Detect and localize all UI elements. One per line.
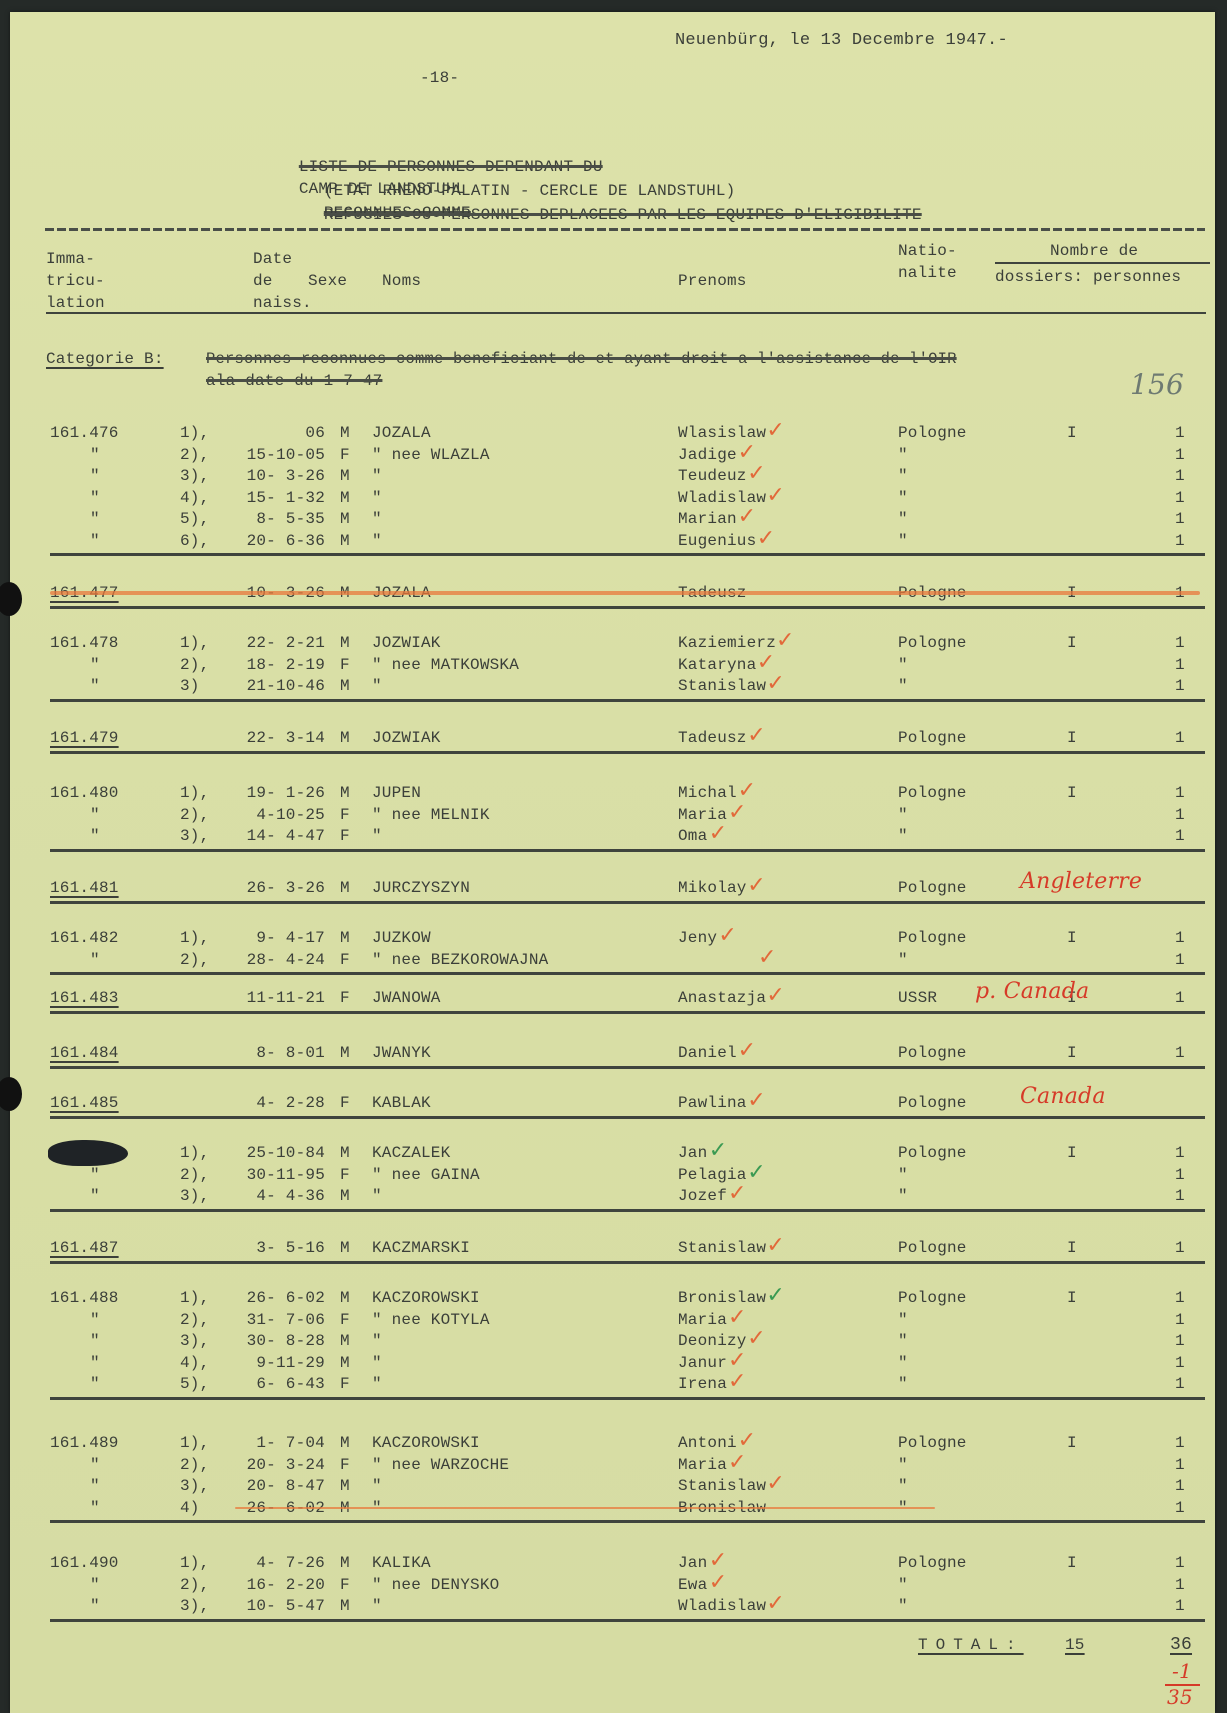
nationality: " xyxy=(898,1352,908,1374)
date-of-birth: 30-11-95 xyxy=(247,1164,325,1186)
checkmark-icon: ✓ xyxy=(766,485,784,507)
checkmark-icon: ✓ xyxy=(766,1285,784,1307)
row-separator xyxy=(50,699,1205,702)
nationality: " xyxy=(898,825,908,847)
date-of-birth: 16- 2-20 xyxy=(247,1574,325,1596)
date-of-birth: 14- 4-47 xyxy=(247,825,325,847)
sex: M xyxy=(340,1432,350,1454)
total-corrected: 35 xyxy=(1167,1686,1193,1708)
page-number: -18- xyxy=(420,67,459,89)
handwritten-annotation: p. Canada xyxy=(975,981,1089,1003)
surname: " xyxy=(372,530,382,552)
date-of-birth: 1- 7-04 xyxy=(256,1432,325,1454)
header-noms: Noms xyxy=(382,270,421,292)
person-count: 1 xyxy=(1175,1574,1185,1596)
person-count: 1 xyxy=(1175,508,1185,530)
surname: KACZMARSKI xyxy=(372,1237,470,1259)
sex: F xyxy=(340,825,350,847)
first-name: Jozef xyxy=(678,1185,727,1207)
sex: M xyxy=(340,782,350,804)
surname: KACZALEK xyxy=(372,1142,450,1164)
date-of-birth: 20- 8-47 xyxy=(247,1475,325,1497)
dossier-count: I xyxy=(1067,1042,1077,1064)
handwritten-annotation: Angleterre xyxy=(1020,871,1142,893)
person-count: 1 xyxy=(1175,487,1185,509)
person-count: 1 xyxy=(1175,927,1185,949)
checkmark-icon: ✓ xyxy=(728,1183,746,1205)
nationality: " xyxy=(898,654,908,676)
date-of-birth: 4-10-25 xyxy=(256,804,325,826)
person-count: 1 xyxy=(1175,1237,1185,1259)
sex: M xyxy=(340,530,350,552)
first-name: Ewa xyxy=(678,1574,707,1596)
person-count: 1 xyxy=(1175,804,1185,826)
sex: M xyxy=(340,1237,350,1259)
immatriculation-number: 161.489 xyxy=(50,1432,119,1454)
total-dossiers: 15 xyxy=(1065,1634,1085,1656)
surname: " xyxy=(372,1475,382,1497)
first-name: Stanislaw xyxy=(678,1237,766,1259)
surname: " nee MATKOWSKA xyxy=(372,654,519,676)
checkmark-icon: ✓ xyxy=(747,725,765,747)
date-of-birth: 28- 4-24 xyxy=(247,949,325,971)
person-count: 1 xyxy=(1175,654,1185,676)
member-index: 2), xyxy=(180,1454,209,1476)
ditto-mark: " xyxy=(90,825,100,847)
person-count: 1 xyxy=(1175,782,1185,804)
punch-hole xyxy=(0,1077,22,1111)
nationality: Pologne xyxy=(898,727,967,749)
row-separator xyxy=(50,1116,1205,1119)
sex: M xyxy=(340,1287,350,1309)
checkmark-icon: ✓ xyxy=(747,875,765,897)
nationality: Pologne xyxy=(898,1237,967,1259)
punch-hole xyxy=(0,582,22,616)
dossier-count: I xyxy=(1067,1287,1077,1309)
first-name: Marian xyxy=(678,508,737,530)
dossier-count: I xyxy=(1067,632,1077,654)
nationality: " xyxy=(898,530,908,552)
date-of-birth: 31- 7-06 xyxy=(247,1309,325,1331)
surname: " nee DENYSKO xyxy=(372,1574,499,1596)
sex: M xyxy=(340,1595,350,1617)
checkmark-icon: ✓ xyxy=(757,528,775,550)
person-count: 1 xyxy=(1175,1042,1185,1064)
nationality: Pologne xyxy=(898,632,967,654)
date-of-birth: 10- 5-47 xyxy=(247,1595,325,1617)
surname: " xyxy=(372,1330,382,1352)
date-of-birth: 20- 3-24 xyxy=(247,1454,325,1476)
nationality: " xyxy=(898,1574,908,1596)
strike-line xyxy=(235,1507,935,1509)
checkmark-icon: ✓ xyxy=(718,925,736,947)
ink-blot xyxy=(48,1140,128,1166)
immatriculation-number: 161.488 xyxy=(50,1287,119,1309)
first-name: Oma xyxy=(678,825,707,847)
surname: " xyxy=(372,1352,382,1374)
ditto-mark: " xyxy=(90,1454,100,1476)
header-prenoms: Prenoms xyxy=(678,270,747,292)
surname: KACZOROWSKI xyxy=(372,1432,480,1454)
header-date: naiss. xyxy=(253,292,312,314)
person-count: 1 xyxy=(1175,1330,1185,1352)
member-index: 1), xyxy=(180,632,209,654)
dossier-count: I xyxy=(1067,782,1077,804)
checkmark-icon: ✓ xyxy=(747,1162,765,1184)
surname: " xyxy=(372,508,382,530)
dossier-count: I xyxy=(1067,727,1077,749)
ditto-mark: " xyxy=(90,487,100,509)
nationality: " xyxy=(898,1475,908,1497)
surname: " nee WARZOCHE xyxy=(372,1454,509,1476)
header-nationalite: Natio- xyxy=(898,240,957,262)
person-count: 1 xyxy=(1175,422,1185,444)
ditto-mark: " xyxy=(90,1330,100,1352)
checkmark-icon: ✓ xyxy=(728,802,746,824)
dossier-count: I xyxy=(1067,1552,1077,1574)
person-count: 1 xyxy=(1175,1185,1185,1207)
immatriculation-number: 161.483 xyxy=(50,987,119,1009)
date-of-birth: 4- 2-28 xyxy=(256,1092,325,1114)
member-index: 1), xyxy=(180,1432,209,1454)
sex: M xyxy=(340,927,350,949)
nationality: " xyxy=(898,1185,908,1207)
nationality: " xyxy=(898,1373,908,1395)
row-separator xyxy=(50,1209,1205,1212)
nationality: " xyxy=(898,1595,908,1617)
row-separator xyxy=(50,606,1205,609)
ditto-mark: " xyxy=(90,1164,100,1186)
nationality: " xyxy=(898,508,908,530)
checkmark-icon: ✓ xyxy=(766,673,784,695)
surname: " xyxy=(372,487,382,509)
category-date: ala date du 1-7-47 xyxy=(206,370,382,392)
member-index: 3), xyxy=(180,465,209,487)
person-count: 1 xyxy=(1175,1454,1185,1476)
person-count: 1 xyxy=(1175,1352,1185,1374)
surname: " xyxy=(372,1373,382,1395)
date-of-birth: 9- 4-17 xyxy=(256,927,325,949)
member-index: 3), xyxy=(180,1185,209,1207)
nationality: " xyxy=(898,949,908,971)
sex: M xyxy=(340,465,350,487)
first-name: Wladislaw xyxy=(678,1595,766,1617)
sex: M xyxy=(340,487,350,509)
date-of-birth: 26- 3-26 xyxy=(247,877,325,899)
surname: " xyxy=(372,465,382,487)
ditto-mark: " xyxy=(90,654,100,676)
checkmark-icon: ✓ xyxy=(776,630,794,652)
member-index: 4), xyxy=(180,487,209,509)
person-count: 1 xyxy=(1175,987,1185,1009)
strike-line xyxy=(50,591,1200,595)
category-text: Personnes reconnues comme beneficiant de… xyxy=(206,348,957,370)
sex: M xyxy=(340,1142,350,1164)
header-immatriculation: Imma- xyxy=(46,248,95,270)
first-name: Eugenius xyxy=(678,530,756,552)
ditto-mark: " xyxy=(90,1373,100,1395)
member-index: 3) xyxy=(180,675,200,697)
date-of-birth: 4- 7-26 xyxy=(256,1552,325,1574)
ditto-mark: " xyxy=(90,1185,100,1207)
sex: M xyxy=(340,1352,350,1374)
first-name: Jadige xyxy=(678,444,737,466)
first-name: Maria xyxy=(678,1309,727,1331)
member-index: 2), xyxy=(180,949,209,971)
first-name: Teudeuz xyxy=(678,465,747,487)
header-immatriculation: tricu- xyxy=(46,270,105,292)
immatriculation-number: 161.479 xyxy=(50,727,119,749)
ditto-mark: " xyxy=(90,1574,100,1596)
total-personnes: 36 xyxy=(1170,1634,1192,1656)
checkmark-icon: ✓ xyxy=(738,506,756,528)
checkmark-icon: ✓ xyxy=(728,1371,746,1393)
handwritten-annotation: Canada xyxy=(1020,1086,1106,1108)
first-name: Jeny xyxy=(678,927,717,949)
date-of-birth: 3- 5-16 xyxy=(256,1237,325,1259)
date-of-birth: 25-10-84 xyxy=(247,1142,325,1164)
ditto-mark: " xyxy=(90,1309,100,1331)
person-count: 1 xyxy=(1175,1552,1185,1574)
row-separator xyxy=(50,1066,1205,1069)
nationality: " xyxy=(898,804,908,826)
ditto-mark: " xyxy=(90,949,100,971)
ditto-mark: " xyxy=(90,1595,100,1617)
first-name: Irena xyxy=(678,1373,727,1395)
ditto-mark: " xyxy=(90,508,100,530)
nationality: Pologne xyxy=(898,422,967,444)
immatriculation-number: 161.480 xyxy=(50,782,119,804)
member-index: 4) xyxy=(180,1497,200,1519)
surname: JWANYK xyxy=(372,1042,431,1064)
dossier-count: I xyxy=(1067,1432,1077,1454)
sex: F xyxy=(340,1164,350,1186)
immatriculation-number: 161.484 xyxy=(50,1042,119,1064)
date-of-birth: 21-10-46 xyxy=(247,675,325,697)
header-date: Date xyxy=(253,248,292,270)
category-label: Categorie B: xyxy=(46,348,164,370)
person-count: 1 xyxy=(1175,1309,1185,1331)
checkmark-icon: ✓ xyxy=(766,1593,784,1615)
header-underline xyxy=(995,262,1210,264)
surname: " xyxy=(372,1595,382,1617)
surname: KALIKA xyxy=(372,1552,431,1574)
checkmark-icon: ✓ xyxy=(709,823,727,845)
header-bottom-rule xyxy=(46,312,1206,314)
surname: " nee GAINA xyxy=(372,1164,480,1186)
person-count: 1 xyxy=(1175,632,1185,654)
ditto-mark: " xyxy=(90,675,100,697)
sex: M xyxy=(340,1552,350,1574)
date-of-birth: 6- 6-43 xyxy=(256,1373,325,1395)
surname: " nee MELNIK xyxy=(372,804,490,826)
first-name: Daniel xyxy=(678,1042,737,1064)
nationality: Pologne xyxy=(898,1552,967,1574)
member-index: 3), xyxy=(180,1595,209,1617)
sex: M xyxy=(340,1042,350,1064)
nationality: " xyxy=(898,1164,908,1186)
ditto-mark: " xyxy=(90,1475,100,1497)
first-name: Tadeusz xyxy=(678,727,747,749)
date-of-birth: 06 xyxy=(305,422,325,444)
checkmark-icon: ✓ xyxy=(766,420,784,442)
person-count: 1 xyxy=(1175,825,1185,847)
sex: F xyxy=(340,1574,350,1596)
member-index: 1), xyxy=(180,782,209,804)
nationality: " xyxy=(898,444,908,466)
sex: F xyxy=(340,949,350,971)
surname: KABLAK xyxy=(372,1092,431,1114)
person-count: 1 xyxy=(1175,1432,1185,1454)
date-of-birth: 20- 6-36 xyxy=(247,530,325,552)
checkmark-icon: ✓ xyxy=(766,985,784,1007)
dossier-count: I xyxy=(1067,927,1077,949)
date-of-birth: 8- 5-35 xyxy=(256,508,325,530)
person-count: 1 xyxy=(1175,727,1185,749)
member-index: 2), xyxy=(180,1164,209,1186)
place-date: Neuenbürg, le 13 Decembre 1947.- xyxy=(675,30,1008,52)
surname: " nee WLAZLA xyxy=(372,444,490,466)
surname: " nee BEZKOROWAJNA xyxy=(372,949,548,971)
sex: M xyxy=(340,508,350,530)
date-of-birth: 26- 6-02 xyxy=(247,1287,325,1309)
row-separator xyxy=(50,1619,1205,1622)
sex: M xyxy=(340,1475,350,1497)
header-nationalite: nalite xyxy=(898,262,957,284)
margin-note: 156 xyxy=(1130,374,1184,396)
sex: F xyxy=(340,444,350,466)
nationality: " xyxy=(898,675,908,697)
date-of-birth: 30- 8-28 xyxy=(247,1330,325,1352)
row-separator xyxy=(50,1011,1205,1014)
surname: JUPEN xyxy=(372,782,421,804)
nationality: Pologne xyxy=(898,1432,967,1454)
member-index: 1), xyxy=(180,1287,209,1309)
sex: F xyxy=(340,1092,350,1114)
member-index: 2), xyxy=(180,804,209,826)
surname: " xyxy=(372,825,382,847)
date-of-birth: 18- 2-19 xyxy=(247,654,325,676)
person-count: 1 xyxy=(1175,1595,1185,1617)
surname: JWANOWA xyxy=(372,987,441,1009)
checkmark-icon: ✓ xyxy=(747,1328,765,1350)
date-of-birth: 11-11-21 xyxy=(247,987,325,1009)
nationality: " xyxy=(898,487,908,509)
title-struck-part: REFUGIES OU PERSONNES DEPLACEES PAR LES … xyxy=(324,206,922,224)
person-count: 1 xyxy=(1175,675,1185,697)
sex: M xyxy=(340,1185,350,1207)
checkmark-icon: ✓ xyxy=(766,1235,784,1257)
nationality: USSR xyxy=(898,987,937,1009)
member-index: 1), xyxy=(180,1142,209,1164)
member-index: 3), xyxy=(180,825,209,847)
person-count: 1 xyxy=(1175,1475,1185,1497)
header-date: de xyxy=(253,270,273,292)
nationality: Pologne xyxy=(898,1142,967,1164)
ditto-mark: " xyxy=(90,530,100,552)
member-index: 2), xyxy=(180,444,209,466)
checkmark-icon: ✓ xyxy=(738,1430,756,1452)
checkmark-icon: ✓ xyxy=(728,1452,746,1474)
header-dossiers-personnes: dossiers: personnes xyxy=(995,266,1181,288)
sex: M xyxy=(340,632,350,654)
dossier-count: I xyxy=(1067,1237,1077,1259)
ditto-mark: " xyxy=(90,444,100,466)
row-separator xyxy=(50,1397,1205,1400)
immatriculation-number: 161.478 xyxy=(50,632,119,654)
row-separator xyxy=(50,901,1205,904)
ditto-mark: " xyxy=(90,1352,100,1374)
date-of-birth: 15-10-05 xyxy=(247,444,325,466)
double-rule xyxy=(45,228,1205,231)
member-index: 6), xyxy=(180,530,209,552)
member-index: 2), xyxy=(180,654,209,676)
checkmark-icon: ✓ xyxy=(758,947,776,969)
nationality: " xyxy=(898,1309,908,1331)
sex: F xyxy=(340,804,350,826)
surname: JUZKOW xyxy=(372,927,431,949)
surname: " nee KOTYLA xyxy=(372,1309,490,1331)
first-name: Kataryna xyxy=(678,654,756,676)
person-count: 1 xyxy=(1175,444,1185,466)
checkmark-icon: ✓ xyxy=(709,1550,727,1572)
surname: " xyxy=(372,1185,382,1207)
date-of-birth: 15- 1-32 xyxy=(247,487,325,509)
first-name: Anastazja xyxy=(678,987,766,1009)
surname: JOZWIAK xyxy=(372,727,441,749)
first-name: Mikolay xyxy=(678,877,747,899)
header-sexe: Sexe xyxy=(308,270,347,292)
nationality: Pologne xyxy=(898,1092,967,1114)
sex: F xyxy=(340,1309,350,1331)
total-label: TOTAL: xyxy=(918,1634,1024,1656)
person-count: 1 xyxy=(1175,530,1185,552)
sex: F xyxy=(340,987,350,1009)
ditto-mark: " xyxy=(90,1497,100,1519)
nationality: Pologne xyxy=(898,1287,967,1309)
surname: JOZWIAK xyxy=(372,632,441,654)
date-of-birth: 4- 4-36 xyxy=(256,1185,325,1207)
nationality: Pologne xyxy=(898,927,967,949)
first-name: Janur xyxy=(678,1352,727,1374)
checkmark-icon: ✓ xyxy=(738,780,756,802)
member-index: 3), xyxy=(180,1330,209,1352)
first-name: Stanislaw xyxy=(678,1475,766,1497)
member-index: 2), xyxy=(180,1574,209,1596)
date-of-birth: 22- 3-14 xyxy=(247,727,325,749)
member-index: 5), xyxy=(180,1373,209,1395)
document-page: Neuenbürg, le 13 Decembre 1947.- -18- LI… xyxy=(10,12,1215,1713)
row-separator xyxy=(50,972,1205,975)
immatriculation-number: 161.487 xyxy=(50,1237,119,1259)
member-index: 2), xyxy=(180,1309,209,1331)
nationality: " xyxy=(898,465,908,487)
date-of-birth: 9-11-29 xyxy=(256,1352,325,1374)
checkmark-icon: ✓ xyxy=(747,463,765,485)
immatriculation-number: 161.482 xyxy=(50,927,119,949)
member-index: 4), xyxy=(180,1352,209,1374)
checkmark-icon: ✓ xyxy=(747,1090,765,1112)
person-count: 1 xyxy=(1175,949,1185,971)
row-separator xyxy=(50,1261,1205,1264)
checkmark-icon: ✓ xyxy=(728,1307,746,1329)
person-count: 1 xyxy=(1175,1164,1185,1186)
nationality: " xyxy=(898,1454,908,1476)
sex: M xyxy=(340,675,350,697)
checkmark-icon: ✓ xyxy=(738,1040,756,1062)
sex: M xyxy=(340,422,350,444)
member-index: 1), xyxy=(180,927,209,949)
